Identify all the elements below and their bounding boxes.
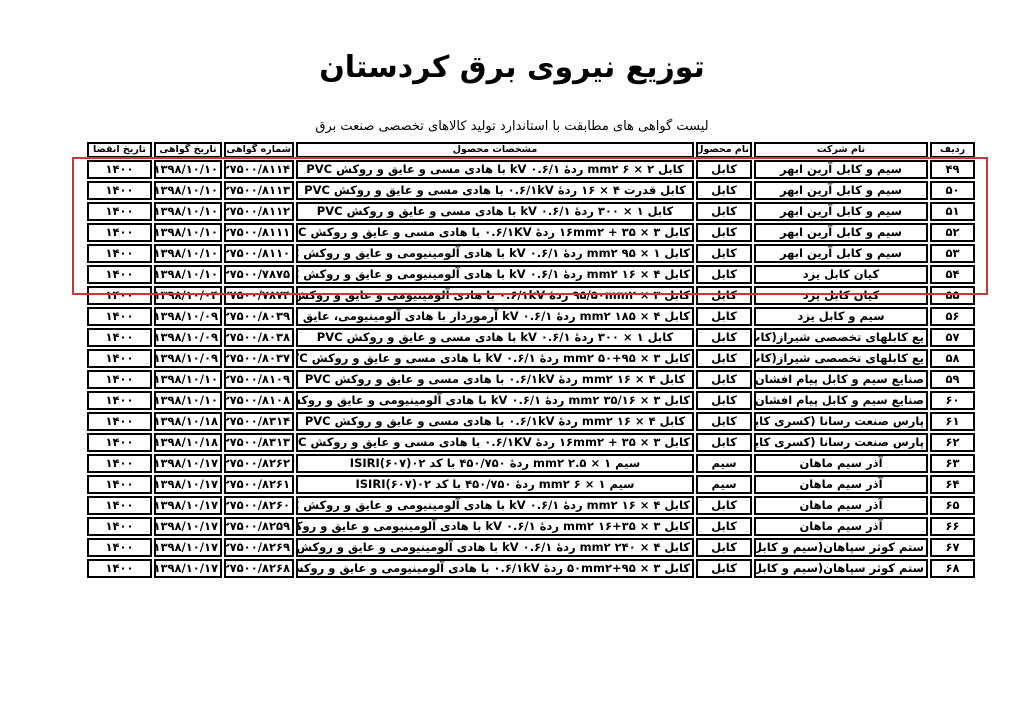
cell-company: ستم کوثر سپاهان(سیم و کابل اخ — [754, 538, 928, 557]
table-row: ۶۲پارس صنعت رسانا (کسری کابل)کابلکابل ۳ … — [87, 433, 975, 452]
page-title: توزیع نیروی برق کردستان — [0, 50, 1024, 85]
cell-cert-date: ۱۳۹۸/۱۰/۱۰ — [154, 160, 222, 179]
cell-expiry-date: ۱۴۰۰ — [87, 202, 152, 221]
cell-product: کابل — [696, 412, 752, 431]
cell-cert-date: ۱۳۹۸/۱۰/۱۷ — [154, 517, 222, 536]
cell-expiry-date: ۱۴۰۰ — [87, 286, 152, 305]
cell-company: آذر سیم ماهان — [754, 454, 928, 473]
cell-specs: کابل ۳ × ۳۵+۱۶ mm۲ ردهٔ ۰.۶/۱ kV با هادی… — [296, 517, 694, 536]
cell-row-number: ۶۲ — [930, 433, 975, 452]
cell-product: کابل — [696, 181, 752, 200]
cell-cert-date: ۱۳۹۸/۱۰/۱۷ — [154, 475, 222, 494]
cell-product: کابل — [696, 223, 752, 242]
table-row: ۵۲سیم و کابل آرین ابهرکابلکابل ۳ × ۳۵ + … — [87, 223, 975, 242]
cell-cert-number: ۲۷۵۰۰/۸۰۳۷ — [224, 349, 294, 368]
cell-company: پارس صنعت رسانا (کسری کابل) — [754, 433, 928, 452]
cell-company: آذر سیم ماهان — [754, 517, 928, 536]
table-row: ۵۹صنایع سیم و کابل پیام افشانکابلکابل ۴ … — [87, 370, 975, 389]
cell-company: صنایع سیم و کابل پیام افشان — [754, 391, 928, 410]
cell-product: کابل — [696, 559, 752, 578]
cell-specs: کابل ۱ × ۳۰۰ ردهٔ ۰.۶/۱ kV با هادی مسی و… — [296, 328, 694, 347]
cell-company: آذر سیم ماهان — [754, 475, 928, 494]
cell-row-number: ۶۴ — [930, 475, 975, 494]
cell-company: یع کابلهای تخصصی شیراز(کات ک — [754, 349, 928, 368]
cell-expiry-date: ۱۴۰۰ — [87, 370, 152, 389]
cell-row-number: ۵۵ — [930, 286, 975, 305]
table-row: ۵۴کیان کابل یزدکابلکابل ۴ × ۱۶ mm۲ ردهٔ … — [87, 265, 975, 284]
cell-row-number: ۵۴ — [930, 265, 975, 284]
cell-expiry-date: ۱۴۰۰ — [87, 559, 152, 578]
header-cert-date: تاریخ گواهی — [154, 142, 222, 158]
cell-expiry-date: ۱۴۰۰ — [87, 517, 152, 536]
cell-expiry-date: ۱۴۰۰ — [87, 412, 152, 431]
cell-specs: کابل ۴ × ۱۶ mm۲ ردهٔ ۰.۶/۱kV با هادی مسی… — [296, 370, 694, 389]
cell-product: کابل — [696, 349, 752, 368]
cell-cert-number: ۲۷۵۰۰/۸۱۰۸ — [224, 391, 294, 410]
cell-company: پارس صنعت رسانا (کسری کابل) — [754, 412, 928, 431]
cell-specs: کابل ۴ × ۱۶ mm۲ ردهٔ ۰.۶/۱ kV با هادی آل… — [296, 496, 694, 515]
cell-specs: کابل ۱ × ۳۰۰ ردهٔ ۰.۶/۱ kV با هادی مسی و… — [296, 202, 694, 221]
cell-expiry-date: ۱۴۰۰ — [87, 244, 152, 263]
table-row: ۶۵آذر سیم ماهانکابلکابل ۴ × ۱۶ mm۲ ردهٔ … — [87, 496, 975, 515]
cell-specs: کابل ۳ × ۹۵+۵۰mm۲ ردهٔ ۰.۶/۱kV با هادی آ… — [296, 559, 694, 578]
cell-expiry-date: ۱۴۰۰ — [87, 160, 152, 179]
cell-cert-number: ۲۷۵۰۰/۸۱۱۰ — [224, 244, 294, 263]
cell-row-number: ۴۹ — [930, 160, 975, 179]
cell-company: کیان کابل یزد — [754, 265, 928, 284]
cell-cert-date: ۱۳۹۸/۱۰/۱۰ — [154, 202, 222, 221]
cell-specs: کابل ۴ × ۲۴۰ mm۲ ردهٔ ۰.۶/۱ kV با هادی آ… — [296, 538, 694, 557]
cell-cert-number: ۲۷۵۰۰/۸۱۱۴ — [224, 160, 294, 179]
cell-company: سیم و کابل یزد — [754, 307, 928, 326]
header-row-number: ردیف — [930, 142, 975, 158]
cell-cert-date: ۱۳۹۸/۱۰/۱۸ — [154, 412, 222, 431]
cell-cert-number: ۲۷۵۰۰/۸۰۳۸ — [224, 328, 294, 347]
cell-cert-date: ۱۳۹۸/۱۰/۱۷ — [154, 454, 222, 473]
cell-specs: کابل ۴ × ۱۸۵ mm۲ ردهٔ ۰.۶/۱ kV آرموردار … — [296, 307, 694, 326]
cell-specs: کابل ۳ × ۹۵+۵۰ mm۲ ردهٔ ۰.۶/۱ kV با هادی… — [296, 349, 694, 368]
cell-cert-date: ۱۳۹۸/۱۰/۰۹ — [154, 349, 222, 368]
cell-product: کابل — [696, 202, 752, 221]
cell-cert-number: ۲۷۵۰۰/۷۸۷۵ — [224, 265, 294, 284]
document-page: توزیع نیروی برق کردستان لیست گواهی های م… — [0, 0, 1024, 724]
cell-cert-number: ۲۷۵۰۰/۸۱۱۳ — [224, 181, 294, 200]
cell-product: سیم — [696, 454, 752, 473]
cell-row-number: ۶۷ — [930, 538, 975, 557]
cell-product: کابل — [696, 370, 752, 389]
cell-expiry-date: ۱۴۰۰ — [87, 328, 152, 347]
cell-product: کابل — [696, 265, 752, 284]
cell-company: ستم کوثر سپاهان(سیم و کابل اخ — [754, 559, 928, 578]
table-row: ۵۷یع کابلهای تخصصی شیراز(کات ککابلکابل ۱… — [87, 328, 975, 347]
cell-row-number: ۵۱ — [930, 202, 975, 221]
cell-cert-number: ۲۷۵۰۰/۸۱۱۱ — [224, 223, 294, 242]
cell-specs: کابل ۴ × ۱۶ mm۲ ردهٔ ۰.۶/۱kV با هادی مسی… — [296, 412, 694, 431]
cell-cert-date: ۱۳۹۸/۱۰/۰۹ — [154, 328, 222, 347]
cell-product: کابل — [696, 433, 752, 452]
header-product: نام محصول — [696, 142, 752, 158]
cell-cert-date: ۱۳۹۸/۱۰/۱۰ — [154, 181, 222, 200]
certificates-table: ردیف نام شرکت نام محصول مشخصات محصول شما… — [85, 140, 977, 580]
cell-cert-number: ۲۷۵۰۰/۸۲۵۹ — [224, 517, 294, 536]
cell-expiry-date: ۱۴۰۰ — [87, 433, 152, 452]
cell-row-number: ۶۳ — [930, 454, 975, 473]
cell-cert-number: ۲۷۵۰۰/۸۳۱۴ — [224, 412, 294, 431]
cell-cert-date: ۱۳۹۸/۱۰/۰۴ — [154, 286, 222, 305]
cell-company: سیم و کابل آرین ابهر — [754, 244, 928, 263]
cell-cert-date: ۱۳۹۸/۱۰/۱۸ — [154, 433, 222, 452]
cell-product: کابل — [696, 328, 752, 347]
table-row: ۶۸ستم کوثر سپاهان(سیم و کابل اخکابلکابل … — [87, 559, 975, 578]
cell-row-number: ۶۱ — [930, 412, 975, 431]
cell-product: کابل — [696, 244, 752, 263]
cell-product: کابل — [696, 517, 752, 536]
cell-specs: سیم ۱ × ۶ mm۲ ردهٔ ۴۵۰/۷۵۰ با کد ISIRI(۶… — [296, 475, 694, 494]
table-row: ۶۷ستم کوثر سپاهان(سیم و کابل اخکابلکابل … — [87, 538, 975, 557]
cell-expiry-date: ۱۴۰۰ — [87, 496, 152, 515]
cell-expiry-date: ۱۴۰۰ — [87, 391, 152, 410]
cell-expiry-date: ۱۴۰۰ — [87, 223, 152, 242]
cell-expiry-date: ۱۴۰۰ — [87, 265, 152, 284]
cell-cert-date: ۱۳۹۸/۱۰/۱۷ — [154, 538, 222, 557]
table-row: ۵۵کیان کابل یزدکابلکابل ۳ × ۹۵/۵۰mm۲ رده… — [87, 286, 975, 305]
cell-product: کابل — [696, 391, 752, 410]
cell-row-number: ۶۰ — [930, 391, 975, 410]
cell-cert-date: ۱۳۹۸/۱۰/۱۰ — [154, 370, 222, 389]
table-header-row: ردیف نام شرکت نام محصول مشخصات محصول شما… — [87, 142, 975, 158]
cell-company: کیان کابل یزد — [754, 286, 928, 305]
header-expiry-date: تاریخ انقضا — [87, 142, 152, 158]
cell-product: کابل — [696, 538, 752, 557]
table-row: ۵۸یع کابلهای تخصصی شیراز(کات ککابلکابل ۳… — [87, 349, 975, 368]
cell-cert-number: ۲۷۵۰۰/۸۰۳۹ — [224, 307, 294, 326]
cell-expiry-date: ۱۴۰۰ — [87, 538, 152, 557]
cell-expiry-date: ۱۴۰۰ — [87, 454, 152, 473]
table-row: ۵۱سیم و کابل آرین ابهرکابلکابل ۱ × ۳۰۰ ر… — [87, 202, 975, 221]
cell-cert-number: ۲۷۵۰۰/۸۲۶۱ — [224, 475, 294, 494]
cell-specs: کابل ۳ × ۹۵/۵۰mm۲ ردهٔ ۰.۶/۱kV با هادی آ… — [296, 286, 694, 305]
cell-row-number: ۵۳ — [930, 244, 975, 263]
table-row: ۵۰سیم و کابل آرین ابهرکابلکابل قدرت ۴ × … — [87, 181, 975, 200]
table-row: ۶۶آذر سیم ماهانکابلکابل ۳ × ۳۵+۱۶ mm۲ رد… — [87, 517, 975, 536]
table-row: ۶۰صنایع سیم و کابل پیام افشانکابلکابل ۳ … — [87, 391, 975, 410]
cell-specs: کابل ۳ × ۳۵/۱۶ mm۲ ردهٔ ۰.۶/۱ kV با هادی… — [296, 391, 694, 410]
cell-company: یع کابلهای تخصصی شیراز(کات ک — [754, 328, 928, 347]
cell-company: آذر سیم ماهان — [754, 496, 928, 515]
cell-cert-date: ۱۳۹۸/۱۰/۰۹ — [154, 307, 222, 326]
cell-cert-number: ۲۷۵۰۰/۸۲۶۹ — [224, 538, 294, 557]
page-subtitle: لیست گواهی های مطابقت با استاندارد تولید… — [0, 119, 1024, 134]
cell-company: صنایع سیم و کابل پیام افشان — [754, 370, 928, 389]
cell-specs: کابل ۳ × ۳۵ + ۱۶mm۲ ردهٔ ۰.۶/۱KV با هادی… — [296, 223, 694, 242]
cell-cert-date: ۱۳۹۸/۱۰/۱۷ — [154, 496, 222, 515]
cell-cert-number: ۲۷۵۰۰/۸۲۶۸ — [224, 559, 294, 578]
cell-expiry-date: ۱۴۰۰ — [87, 349, 152, 368]
cell-product: کابل — [696, 307, 752, 326]
header-cert-number: شماره گواهی — [224, 142, 294, 158]
table-row: ۶۳آذر سیم ماهانسیمسیم ۱ × ۲.۵ mm۲ ردهٔ ۴… — [87, 454, 975, 473]
cell-cert-number: ۲۷۵۰۰/۸۲۶۰ — [224, 496, 294, 515]
cell-cert-date: ۱۳۹۸/۱۰/۱۰ — [154, 265, 222, 284]
cell-row-number: ۵۹ — [930, 370, 975, 389]
cell-row-number: ۵۸ — [930, 349, 975, 368]
cell-row-number: ۵۶ — [930, 307, 975, 326]
cell-cert-number: ۲۷۵۰۰/۸۲۶۲ — [224, 454, 294, 473]
cell-company: سیم و کابل آرین ابهر — [754, 160, 928, 179]
cell-product: سیم — [696, 475, 752, 494]
cell-cert-date: ۱۳۹۸/۱۰/۱۷ — [154, 559, 222, 578]
cell-row-number: ۶۶ — [930, 517, 975, 536]
header-company: نام شرکت — [754, 142, 928, 158]
cell-specs: کابل ۳ × ۳۵ + ۱۶mm۲ ردهٔ ۰.۶/۱KV با هادی… — [296, 433, 694, 452]
cell-expiry-date: ۱۴۰۰ — [87, 181, 152, 200]
header-specs: مشخصات محصول — [296, 142, 694, 158]
table-row: ۴۹سیم و کابل آرین ابهرکابلکابل ۲ × ۶ mm۲… — [87, 160, 975, 179]
cell-company: سیم و کابل آرین ابهر — [754, 181, 928, 200]
cell-row-number: ۵۰ — [930, 181, 975, 200]
cell-expiry-date: ۱۴۰۰ — [87, 307, 152, 326]
cell-cert-date: ۱۳۹۸/۱۰/۱۰ — [154, 391, 222, 410]
table-row: ۵۶سیم و کابل یزدکابلکابل ۴ × ۱۸۵ mm۲ رده… — [87, 307, 975, 326]
cell-specs: سیم ۱ × ۲.۵ mm۲ ردهٔ ۴۵۰/۷۵۰ با کد ISIRI… — [296, 454, 694, 473]
cell-row-number: ۵۲ — [930, 223, 975, 242]
cell-row-number: ۵۷ — [930, 328, 975, 347]
table-row: ۶۱پارس صنعت رسانا (کسری کابل)کابلکابل ۴ … — [87, 412, 975, 431]
cell-row-number: ۶۸ — [930, 559, 975, 578]
table-row: ۵۳سیم و کابل آرین ابهرکابلکابل ۱ × ۹۵ mm… — [87, 244, 975, 263]
cell-row-number: ۶۵ — [930, 496, 975, 515]
cell-cert-number: ۲۷۵۰۰/۸۳۱۳ — [224, 433, 294, 452]
cell-cert-number: ۲۷۵۰۰/۸۱۰۹ — [224, 370, 294, 389]
cell-expiry-date: ۱۴۰۰ — [87, 475, 152, 494]
cell-product: کابل — [696, 496, 752, 515]
cell-product: کابل — [696, 160, 752, 179]
cell-specs: کابل ۴ × ۱۶ mm۲ ردهٔ ۰.۶/۱ kV با هادی آل… — [296, 265, 694, 284]
table-row: ۶۴آذر سیم ماهانسیمسیم ۱ × ۶ mm۲ ردهٔ ۴۵۰… — [87, 475, 975, 494]
cell-cert-date: ۱۳۹۸/۱۰/۱۰ — [154, 223, 222, 242]
cell-cert-date: ۱۳۹۸/۱۰/۱۰ — [154, 244, 222, 263]
cell-product: کابل — [696, 286, 752, 305]
cell-specs: کابل ۲ × ۶ mm۲ ردهٔ ۰.۶/۱ kV با هادی مسی… — [296, 160, 694, 179]
cell-specs: کابل ۱ × ۹۵ mm۲ ردهٔ ۰.۶/۱ kV با هادی آل… — [296, 244, 694, 263]
cell-cert-number: ۲۷۵۰۰/۷۸۷۴ — [224, 286, 294, 305]
cell-cert-number: ۲۷۵۰۰/۸۱۱۲ — [224, 202, 294, 221]
cell-company: سیم و کابل آرین ابهر — [754, 223, 928, 242]
cell-specs: کابل قدرت ۴ × ۱۶ ردهٔ ۰.۶/۱kV با هادی مس… — [296, 181, 694, 200]
cell-company: سیم و کابل آرین ابهر — [754, 202, 928, 221]
